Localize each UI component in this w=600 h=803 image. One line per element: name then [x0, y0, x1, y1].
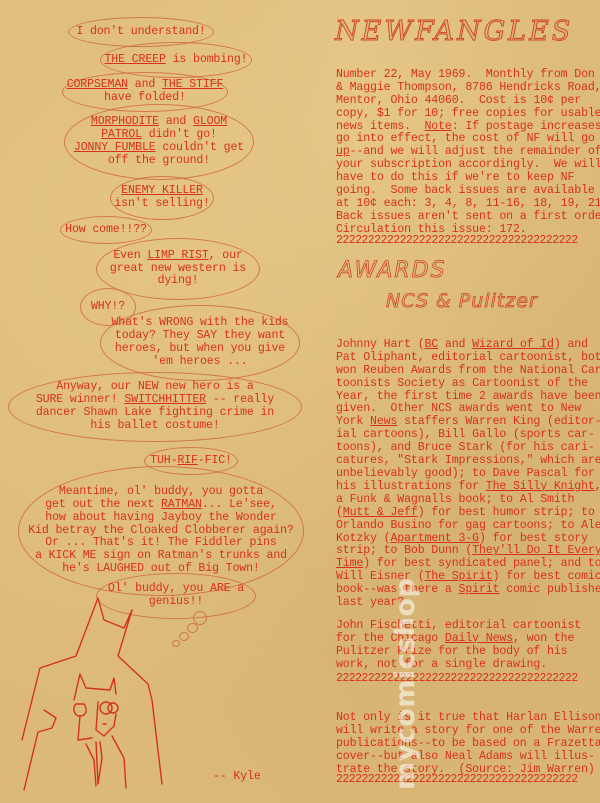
awards-paragraph-ncs: Johnny Hart (BC and Wizard of Id) andPat… [336, 326, 598, 623]
separator-line: 22222222222222222222222222222222222222 [336, 673, 578, 686]
separator-line: 22222222222222222222222222222222222222 [336, 774, 578, 787]
speech-bubble: What's WRONG with the kids today? They S… [100, 305, 300, 381]
watermark: mycomicshop [390, 578, 421, 790]
masthead-title: NEWFANGLES [335, 16, 573, 47]
speech-bubble: MORPHODITE and GLOOM PATROL didn't go! J… [64, 104, 254, 180]
section-heading-awards: AWARDS [338, 258, 447, 283]
speech-bubble: ENEMY KILLER isn't selling! [110, 176, 214, 220]
speech-bubble: How come!!?? [60, 216, 152, 244]
cartoonist-sketch-illustration [0, 590, 220, 800]
artist-signature: -- Kyle [213, 771, 261, 784]
section-subheading: NCS & Pulitzer [386, 290, 538, 312]
speech-bubble: Anyway, our NEW new hero is a SURE winne… [8, 372, 302, 442]
intro-paragraph: Number 22, May 1969. Monthly from Don& M… [336, 56, 598, 250]
separator-line: 22222222222222222222222222222222222222 [336, 235, 578, 248]
